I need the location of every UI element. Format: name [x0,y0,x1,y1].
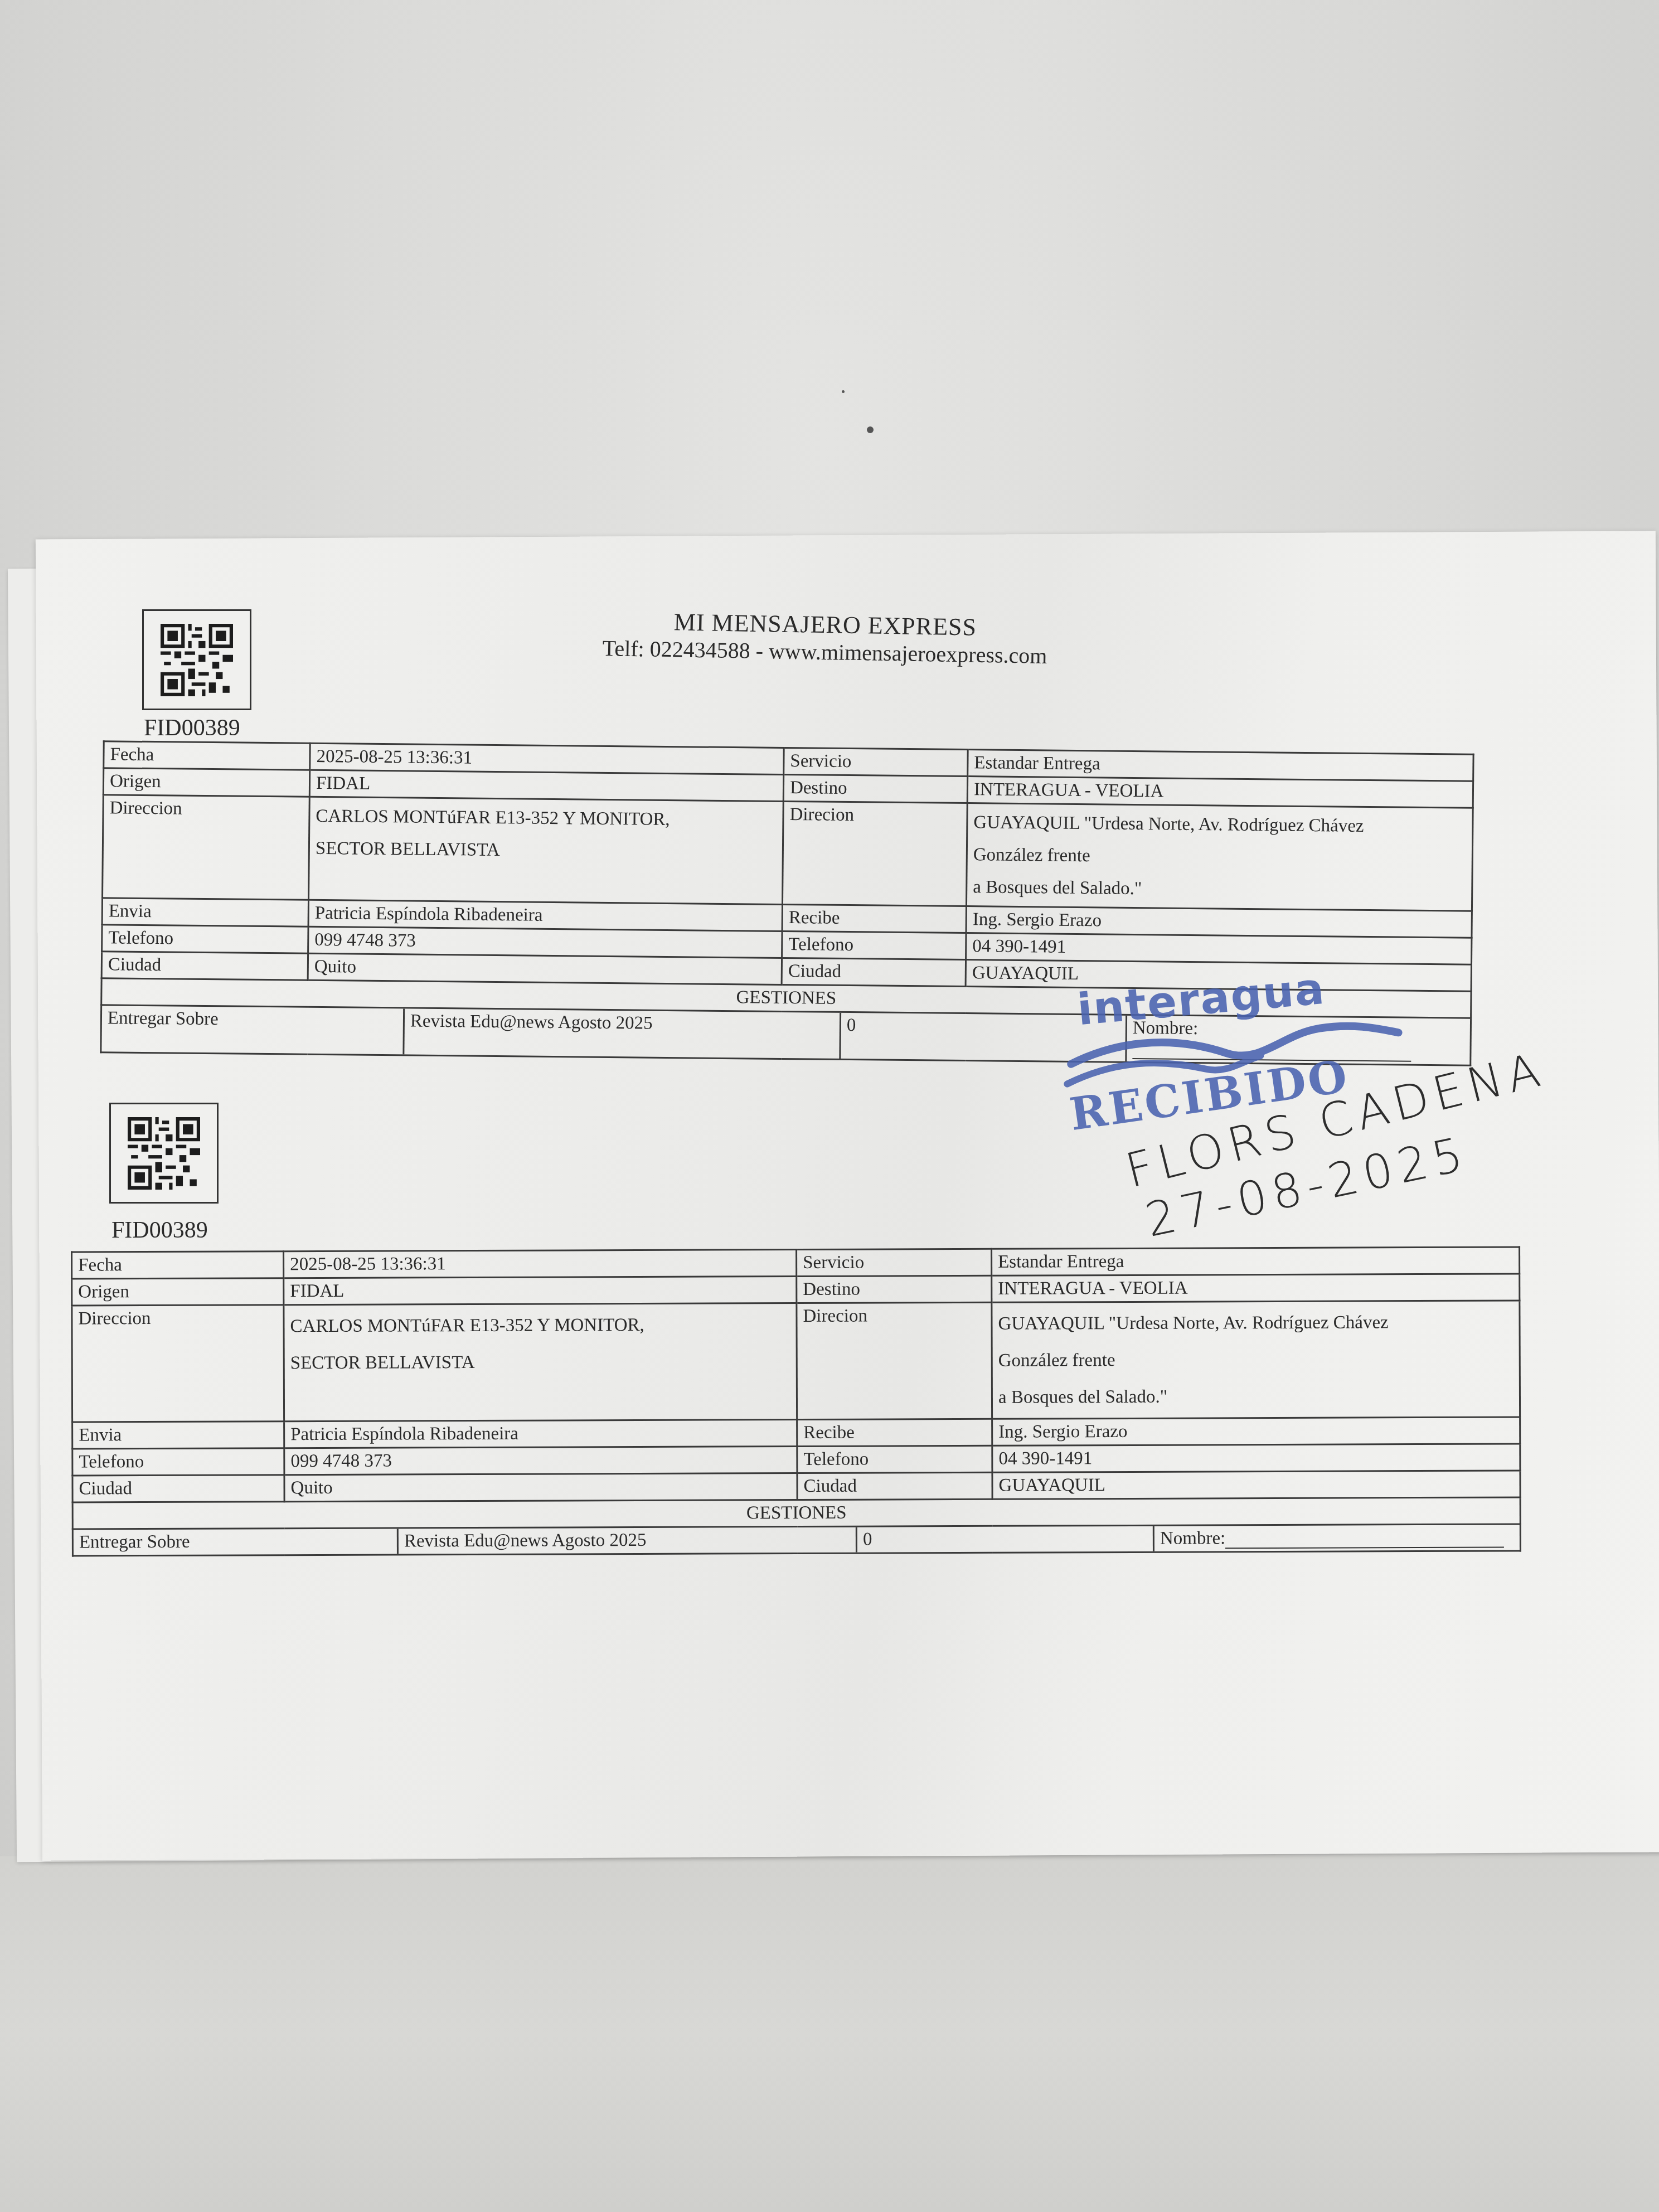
address-line: GUAYAQUIL "Urdesa Norte, Av. Rodríguez C… [973,806,1467,843]
tracking-id: FID00389 [144,715,240,741]
field-label: Ciudad [101,952,308,981]
field-label: Envia [72,1422,284,1449]
table-row: Direccion CARLOS MONTúFAR E13-352 Y MONI… [72,1301,1520,1422]
address-line: SECTOR BELLAVISTA [316,832,777,869]
qr-code-icon [161,624,233,696]
table-row: Entregar Sobre Revista Edu@news Agosto 2… [72,1524,1520,1556]
field-value: FIDAL [284,1276,797,1304]
field-value: INTERAGUA - VEOLIA [967,777,1473,808]
field-label: Direcion [782,801,967,906]
signature-line [1225,1532,1504,1549]
field-label: Direccion [72,1305,284,1422]
field-label: Origen [103,768,309,797]
gestion-type: Entregar Sobre [74,1529,398,1555]
address-line: CARLOS MONTúFAR E13-352 Y MONITOR, [316,800,777,837]
field-label: Ciudad [72,1475,284,1502]
field-value: 099 4748 373 [308,926,782,958]
field-value: GUAYAQUIL "Urdesa Norte, Av. Rodríguez C… [992,1301,1520,1419]
field-value: Patricia Espíndola Ribadeneira [308,900,782,931]
speck [867,426,874,433]
gestion-quantity: 0 [856,1526,1153,1553]
field-label: Direccion [103,795,310,900]
field-label: Recibe [782,904,966,933]
field-value: GUAYAQUIL [992,1471,1520,1499]
field-label: Destino [797,1275,992,1303]
address-line: GUAYAQUIL "Urdesa Norte, Av. Rodríguez C… [998,1304,1513,1342]
field-value: 04 390-1491 [992,1444,1520,1472]
gestion-item: Revista Edu@news Agosto 2025 [404,1008,841,1059]
field-label: Servicio [784,748,968,776]
field-label: Direcion [797,1302,992,1419]
field-value: 099 4748 373 [284,1446,797,1474]
field-label: Telefono [782,931,966,959]
field-value: Ing. Sergio Erazo [992,1417,1520,1445]
delivery-slip: Fecha 2025-08-25 13:36:31 Servicio Estan… [71,1246,1521,1556]
field-label: Telefono [797,1445,992,1473]
field-label: Fecha [104,741,310,770]
field-value: Quito [308,953,782,984]
field-value: Patricia Espíndola Ribadeneira [284,1419,797,1448]
field-label: Telefono [102,925,308,954]
nombre-field: Nombre: [1153,1525,1520,1551]
field-value: 2025-08-25 13:36:31 [284,1249,797,1278]
address-line: SECTOR BELLAVISTA [290,1343,790,1381]
field-value: Estandar Entrega [992,1247,1520,1275]
address-line: a Bosques del Salado." [998,1377,1514,1416]
address-line: González frente [998,1341,1514,1379]
gestiones-row: Entregar Sobre Revista Edu@news Agosto 2… [74,1525,1520,1555]
delivery-document [36,531,1659,1860]
field-value: Quito [284,1473,797,1501]
qr-code-icon [109,1103,219,1204]
field-label: Servicio [797,1249,992,1276]
gestion-type: Entregar Sobre [101,1006,404,1054]
field-value: 2025-08-25 13:36:31 [310,743,784,774]
qr-code-icon [142,609,251,710]
speck [842,390,845,393]
document-header: MI MENSAJERO EXPRESS Telf: 022434588 - w… [557,606,1093,670]
field-value: CARLOS MONTúFAR E13-352 Y MONITOR, SECTO… [284,1303,797,1421]
field-value: FIDAL [309,770,783,801]
field-value: Ing. Sergio Erazo [966,906,1472,938]
qr-code-icon [128,1117,200,1190]
address-line: CARLOS MONTúFAR E13-352 Y MONITOR, [290,1306,790,1345]
field-label: Recibe [797,1419,992,1446]
field-value: CARLOS MONTúFAR E13-352 Y MONITOR, SECTO… [309,797,784,904]
field-label: Fecha [72,1251,284,1279]
tracking-id: FID00389 [111,1217,208,1244]
field-label: Ciudad [797,1472,992,1500]
address-line: a Bosques del Salado." [973,871,1466,908]
field-label: Telefono [72,1448,284,1476]
nombre-label: Nombre: [1160,1528,1225,1548]
table-row: Direccion CARLOS MONTúFAR E13-352 Y MONI… [103,795,1473,911]
field-value: INTERAGUA - VEOLIA [992,1274,1520,1302]
address-line: González frente [973,838,1467,875]
field-value: GUAYAQUIL "Urdesa Norte, Av. Rodríguez C… [966,803,1473,911]
gestion-item: Revista Edu@news Agosto 2025 [397,1527,856,1554]
field-label: Origen [72,1278,284,1306]
table-surface-bottom [0,1856,1659,2212]
field-label: Destino [783,774,967,803]
field-label: Ciudad [782,958,966,986]
field-value: Estandar Entrega [968,750,1473,782]
field-label: Envia [102,898,308,927]
